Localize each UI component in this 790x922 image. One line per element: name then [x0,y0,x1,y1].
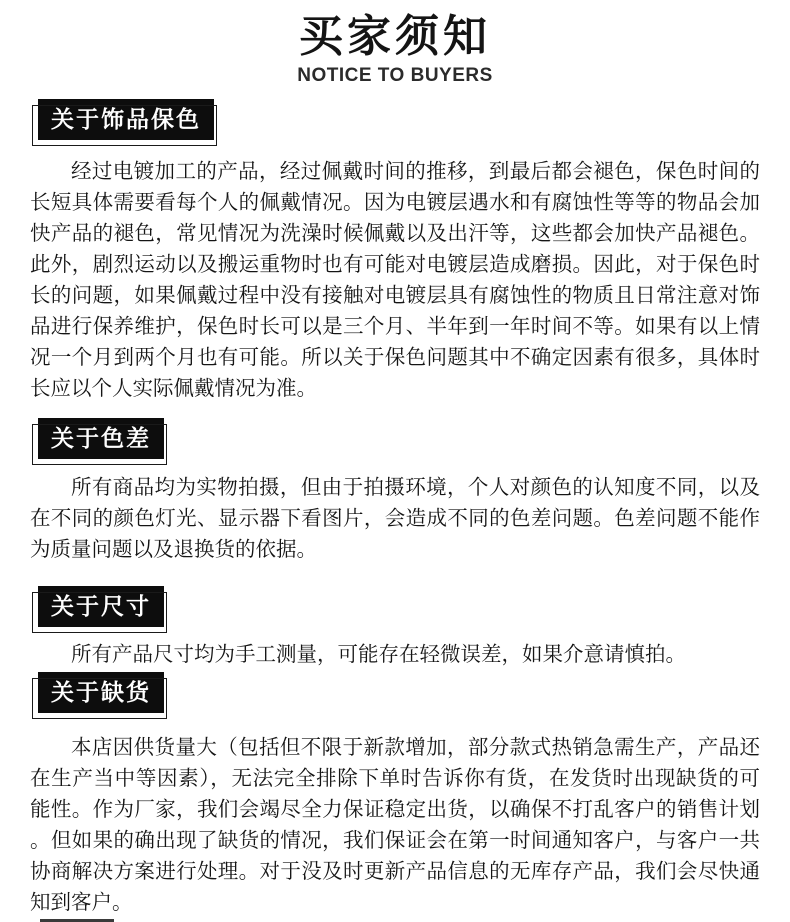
paragraph-line: 所有产品尺寸均为手工测量，可能存在轻微误差，如果介意请慎拍。 [30,639,760,670]
paragraph-line: 况一个月到两个月也有可能。所以关于保色问题其中不确定因素有很多，具体时 [30,342,760,373]
paragraph-line: 快产品的褪色，常见情况为洗澡时候佩戴以及出汗等，这些都会加快产品褪色。 [30,218,760,249]
paragraph-line: 长短具体需要看每个人的佩戴情况。因为电镀层遇水和有腐蚀性等等的物品会加 [30,187,760,218]
section-heading-label: 关于色差 [51,425,151,451]
paragraph-line: 长的问题，如果佩戴过程中没有接触对电镀层具有腐蚀性的物质且日常注意对饰 [30,280,760,311]
section-paragraph: 本店因供货量大（包括但不限于新款增加，部分款式热销急需生产，产品还 在生产当中等… [30,732,760,918]
paragraph-line: 在生产当中等因素），无法完全排除下单时告诉你有货，在发货时出现缺货的可 [30,763,760,794]
section-heading: 关于缺货 [38,672,164,713]
section-paragraph: 所有产品尺寸均为手工测量，可能存在轻微误差，如果介意请慎拍。 [30,639,760,670]
paragraph-line: 在不同的颜色灯光、显示器下看图片，会造成不同的色差问题。色差问题不能作 [30,503,760,534]
page-title: 买家须知 [0,0,790,63]
buyer-notice-page: 买家须知 NOTICE TO BUYERS 关于饰品保色 经过电镀加工的产品，经… [0,0,790,922]
paragraph-line: 能性。作为厂家，我们会竭尽全力保证稳定出货，以确保不打乱客户的销售计划 [30,794,760,825]
paragraph-line: 为质量问题以及退换货的依据。 [30,534,760,565]
section-heading-label: 关于饰品保色 [51,106,201,132]
section-heading: 关于色差 [38,418,164,459]
section-out-of-stock: 关于缺货 本店因供货量大（包括但不限于新款增加，部分款式热销急需生产，产品还 在… [0,670,790,918]
paragraph-line: 本店因供货量大（包括但不限于新款增加，部分款式热销急需生产，产品还 [30,732,760,763]
section-paragraph: 所有商品均为实物拍摄，但由于拍摄环境，个人对颜色的认知度不同，以及 在不同的颜色… [30,472,760,565]
paragraph-line: 经过电镀加工的产品，经过佩戴时间的推移，到最后都会褪色，保色时间的 [30,156,760,187]
paragraph-line: 品进行保养维护，保色时长可以是三个月、半年到一年时间不等。如果有以上情 [30,311,760,342]
section-heading-label: 关于缺货 [51,679,151,705]
section-color-retention: 关于饰品保色 经过电镀加工的产品，经过佩戴时间的推移，到最后都会褪色，保色时间的… [0,87,790,404]
paragraph-line: 协商解决方案进行处理。对于没及时更新产品信息的无库存产品，我们会尽快通 [30,856,760,887]
page-subtitle: NOTICE TO BUYERS [0,65,790,87]
section-size: 关于尺寸 所有产品尺寸均为手工测量，可能存在轻微误差，如果介意请慎拍。 [0,565,790,670]
section-heading-label: 关于尺寸 [51,593,151,619]
paragraph-line: 所有商品均为实物拍摄，但由于拍摄环境，个人对颜色的认知度不同，以及 [30,472,760,503]
section-paragraph: 经过电镀加工的产品，经过佩戴时间的推移，到最后都会褪色，保色时间的 长短具体需要… [30,156,760,404]
paragraph-line: 。但如果的确出现了缺货的情况，我们保证会在第一时间通知客户，与客户一共 [30,825,760,856]
paragraph-line: 长应以个人实际佩戴情况为准。 [30,373,760,404]
section-heading: 关于饰品保色 [38,99,214,140]
section-heading: 关于尺寸 [38,586,164,627]
paragraph-line: 知到客户。 [30,887,760,918]
section-color-difference: 关于色差 所有商品均为实物拍摄，但由于拍摄环境，个人对颜色的认知度不同，以及 在… [0,404,790,565]
paragraph-line: 此外，剧烈运动以及搬运重物时也有可能对电镀层造成磨损。因此，对于保色时 [30,249,760,280]
